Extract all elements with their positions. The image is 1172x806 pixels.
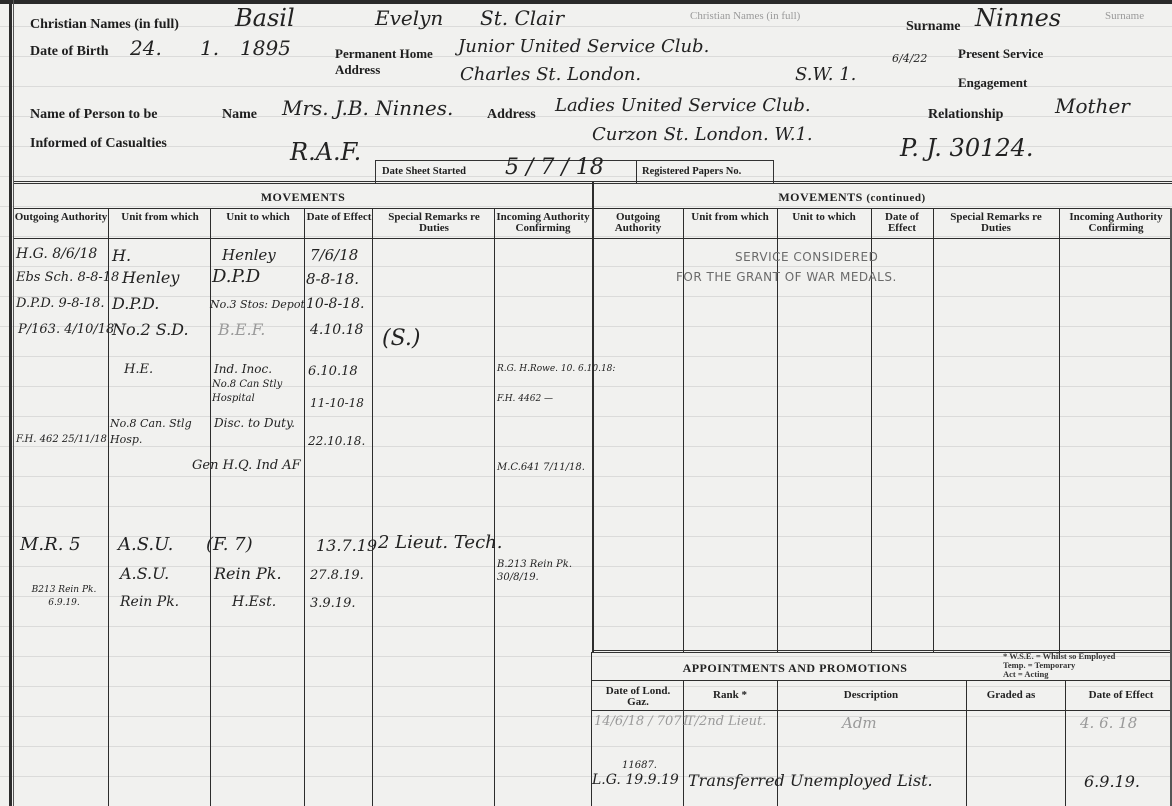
mv-from: H. [112,246,131,265]
mv-remarks: 2 Lieut. Tech. [378,532,502,553]
movements-title: MOVEMENTS [14,190,592,205]
mv-outgoing: Ebs Sch. 8-8-18 [16,270,119,285]
mv-to: Henley [222,246,276,264]
appt-description: Transferred Unemployed List. [688,771,933,790]
next-of-kin-address-label: Address [487,107,536,123]
col-outgoing-authority: Outgoing Authority [14,212,108,223]
appt-effect: 4. 6. 18 [1080,714,1137,732]
next-of-kin-name: Mrs. J.B. Ninnes. [282,96,453,120]
col-description: Description [778,690,964,701]
mv-outgoing: B213 Rein Pk. 6.9.19. [20,584,108,610]
engagement-label: Engagement [958,75,1027,91]
mv-date: 11-10-18 [310,396,364,410]
mv-from: A.S.U. [120,564,169,583]
date-sheet-started-label: Date Sheet Started [382,166,466,177]
mv-outgoing: H.G. 8/6/18 [16,246,97,262]
col-rank: Rank * [684,690,776,701]
dob-month: 1. [200,36,219,60]
appt-effect: 6.9.19. [1084,772,1140,791]
christian-names-label: Christian Names (in full) [30,17,179,33]
mv-date: 8-8-18. [306,270,359,288]
movements-continued-title: MOVEMENTS (continued) [592,190,1112,205]
mv-from: No.8 Can. Stlg Hosp. [110,416,208,448]
christian-name-3: St. Clair [480,6,564,30]
next-of-kin-address-2: Curzon St. London. W.1. [592,124,813,145]
mv-outgoing: P/163. 4/10/18 [18,322,114,337]
dob-year: 1895 [240,36,291,60]
appointments-title-rule [592,680,1172,681]
movements-center-divider [592,182,594,652]
mv-date: 7/6/18 [310,246,358,264]
mv-incoming: B.213 Rein Pk. 30/8/19. [497,558,591,584]
mv-outgoing: D.P.D. 9-8-18. [16,296,105,311]
christian-name-1: Basil [235,4,295,32]
surname-value: Ninnes [975,4,1061,32]
col-unit-from: Unit from which [110,212,210,223]
casualty-label-2: Informed of Casualties [30,136,167,152]
col-cont-incoming-authority: Incoming Authority Confirming [1060,212,1172,234]
appointments-title: APPOINTMENTS AND PROMOTIONS [600,661,990,676]
mv-to: D.P.D [212,266,260,287]
engagement-note: 6/4/22 [892,52,927,65]
appt-gazette: L.G. 19.9.19 [592,772,679,788]
mv-to: H.Est. [232,594,276,610]
appt-description: Adm [842,714,877,732]
date-sheet-started-value: 5 / 7 / 18 [505,155,604,180]
casualty-label: Name of Person to be [30,107,158,123]
appt-gazette: 14/6/18 / 7071 [594,714,690,729]
home-address-line-1: Junior United Service Club. [458,36,709,57]
relationship-label: Relationship [928,107,1003,123]
home-address-label: Permanent Home [335,46,433,62]
appt-gazette-number: 11687. [622,760,657,771]
movements-continued-title-text: MOVEMENTS [778,190,863,204]
mv-incoming: F.H. 4462 — [497,394,553,404]
left-margin-rule [9,0,12,806]
col-divider [933,208,934,652]
mv-to: Disc. to Duty. [214,414,304,432]
col-gazette-date: Date of Lond. Gaz. [594,686,682,708]
dob-label: Date of Birth [30,44,109,60]
mv-outgoing: F.H. 462 25/11/18 [16,434,107,445]
appointments-legend-3: Act = Acting [1003,670,1048,679]
col-date-effect: Date of Effect [306,212,372,223]
col-divider [966,680,967,806]
col-divider [108,208,109,806]
war-medals-stamp-line-2: FOR THE GRANT OF WAR MEDALS. [676,270,897,284]
home-address-line-2: Charles St. London. [460,64,641,85]
mv-to: Gen H.Q. Ind AF [192,458,301,473]
war-medals-stamp-line-1: SERVICE CONSIDERED [735,250,878,264]
mv-to: Rein Pk. [214,564,282,583]
ghost-text: Christian Names (in full) [690,10,800,22]
mv-to: No.8 Can Stly Hospital [212,378,304,406]
mv-to: B.E.F. [218,320,265,339]
mv-from: No.2 S.D. [112,320,189,339]
appt-rank: T/2nd Lieut. [686,714,766,729]
mv-to: (F. 7) [206,534,253,555]
mv-date: 3.9.19. [310,596,355,611]
next-of-kin-address-1: Ladies United Service Club. [555,95,811,116]
col-special-remarks: Special Remarks re Duties [374,212,494,234]
col-divider [1059,208,1060,652]
corps-mark: R.A.F. [290,138,361,166]
col-cont-unit-from: Unit from which [684,212,776,223]
service-record-sheet: Christian Names (in full) Surname Christ… [0,0,1172,806]
mv-date: 4.10.18 [310,322,363,338]
col-divider [372,208,373,806]
mv-from: Rein Pk. [120,594,179,610]
appointments-header-rule [592,710,1172,711]
mv-to: Ind. Inoc. [214,362,272,376]
present-service-label: Present Service [958,46,1043,62]
christian-name-2: Evelyn [375,6,443,30]
col-cont-date-effect: Date of Effect [872,212,932,234]
mv-to: No.3 Stos: Depot [210,298,305,311]
col-graded-as: Graded as [966,690,1056,701]
movements-header-rule [14,238,1172,239]
mv-date: 10-8-18. [306,296,364,312]
mv-incoming: M.C.641 7/11/18. [497,462,585,473]
mv-from: H.E. [124,362,153,377]
pf-number: P. J. 30124. [900,134,1034,162]
movements-continued-suffix: (continued) [866,192,925,204]
mv-from: D.P.D. [112,294,159,313]
left-margin-rule-inner [13,0,14,806]
col-cont-unit-to: Unit to which [778,212,870,223]
mv-from: A.S.U. [118,534,173,555]
mv-outgoing: M.R. 5 [20,534,81,555]
date-sheet-divider [636,161,637,183]
ghost-text: Surname [1105,10,1144,22]
col-date-of-effect: Date of Effect [1070,690,1172,701]
home-address-label-2: Address [335,62,380,78]
col-cont-outgoing-authority: Outgoing Authority [594,212,682,234]
mv-date: 6.10.18 [308,364,358,379]
dob-day: 24. [130,36,162,60]
mv-date: 22.10.18. [308,434,365,448]
mv-remarks: (S.) [382,326,420,351]
next-of-kin-name-label: Name [222,107,257,123]
registered-papers-label: Registered Papers No. [642,166,741,177]
col-divider [1065,680,1066,806]
relationship-value: Mother [1055,94,1130,118]
mv-from: Henley [122,268,179,287]
col-divider [683,680,684,806]
col-divider [494,208,495,806]
col-incoming-authority: Incoming Authority Confirming [496,212,590,234]
surname-label: Surname [906,19,960,35]
col-unit-to: Unit to which [212,212,304,223]
home-address-line-3: S.W. 1. [795,64,856,85]
col-cont-special-remarks: Special Remarks re Duties [934,212,1058,234]
mv-date: 27.8.19. [310,568,364,583]
mv-date: 13.7.19 [316,536,377,555]
mv-incoming: R.G. H.Rowe. 10. 6.10.18: [497,364,615,374]
